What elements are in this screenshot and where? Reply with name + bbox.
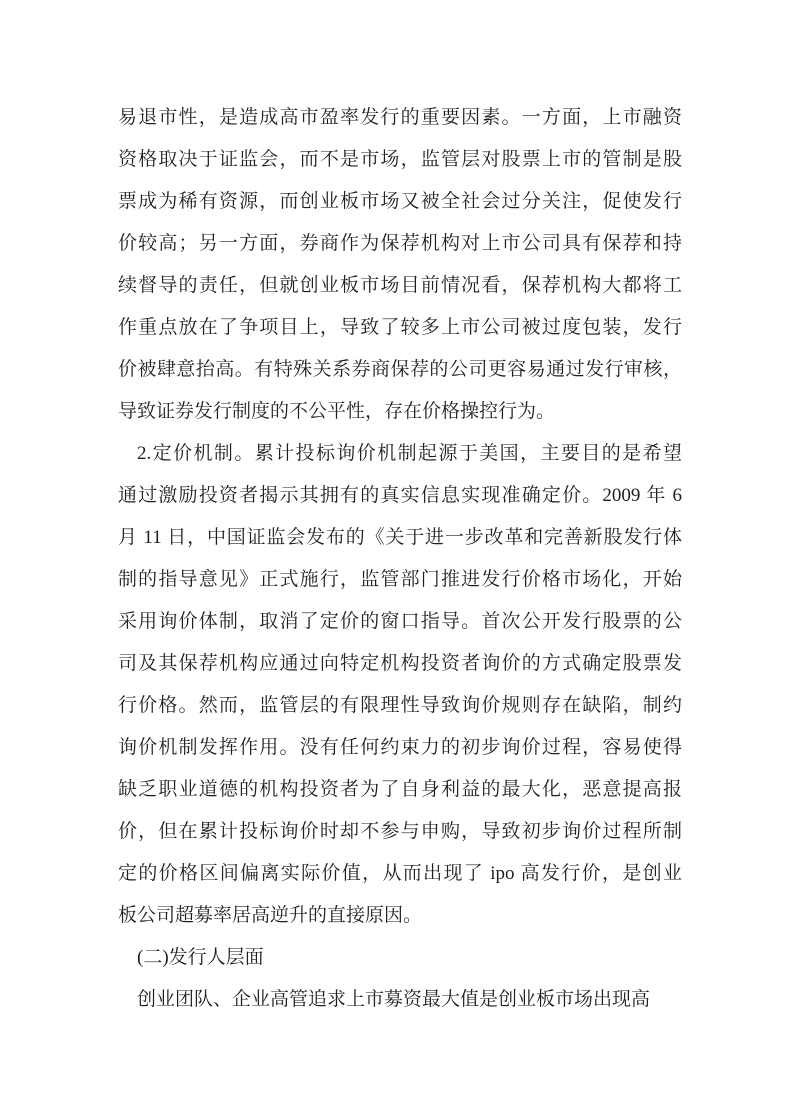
text-line: 定的价格区间偏离实际价值，从而出现了 ipo 高发行价，是创业 (118, 853, 682, 895)
text-line: 缺乏职业道德的机构投资者为了自身利益的最大化，恶意提高报 (118, 769, 682, 811)
text-line: 价，但在累计投标询价时却不参与申购，导致初步询价过程所制 (118, 811, 682, 853)
text-line: 导致证券发行制度的不公平性，存在价格操控行为。 (118, 391, 682, 433)
text-line: (二)发行人层面 (118, 937, 682, 979)
text-line: 价被肆意抬高。有特殊关系券商保荐的公司更容易通过发行审核， (118, 349, 682, 391)
text-line: 创业团队、企业高管追求上市募资最大值是创业板市场出现高 (118, 979, 682, 1021)
document-text-block: 易退市性，是造成高市盈率发行的重要因素。一方面，上市融资资格取决于证监会，而不是… (118, 97, 682, 1021)
text-line: 采用询价体制，取消了定价的窗口指导。首次公开发行股票的公 (118, 601, 682, 643)
text-line: 易退市性，是造成高市盈率发行的重要因素。一方面，上市融资 (118, 97, 682, 139)
text-line: 资格取决于证监会，而不是市场，监管层对股票上市的管制是股 (118, 139, 682, 181)
text-line: 2.定价机制。累计投标询价机制起源于美国，主要目的是希望 (118, 433, 682, 475)
text-line: 月 11 日，中国证监会发布的《关于进一步改革和完善新股发行体 (118, 517, 682, 559)
text-line: 票成为稀有资源，而创业板市场又被全社会过分关注，促使发行 (118, 181, 682, 223)
text-line: 作重点放在了争项目上，导致了较多上市公司被过度包装，发行 (118, 307, 682, 349)
text-line: 板公司超募率居高逆升的直接原因。 (118, 895, 682, 937)
text-line: 通过激励投资者揭示其拥有的真实信息实现准确定价。2009 年 6 (118, 475, 682, 517)
text-line: 续督导的责任，但就创业板市场目前情况看，保荐机构大都将工 (118, 265, 682, 307)
text-line: 价较高；另一方面，券商作为保荐机构对上市公司具有保荐和持 (118, 223, 682, 265)
document-page: 易退市性，是造成高市盈率发行的重要因素。一方面，上市融资资格取决于证监会，而不是… (0, 0, 792, 1120)
text-line: 询价机制发挥作用。没有任何约束力的初步询价过程，容易使得 (118, 727, 682, 769)
text-line: 行价格。然而，监管层的有限理性导致询价规则存在缺陷，制约 (118, 685, 682, 727)
text-line: 制的指导意见》正式施行，监管部门推进发行价格市场化，开始 (118, 559, 682, 601)
text-line: 司及其保荐机构应通过向特定机构投资者询价的方式确定股票发 (118, 643, 682, 685)
